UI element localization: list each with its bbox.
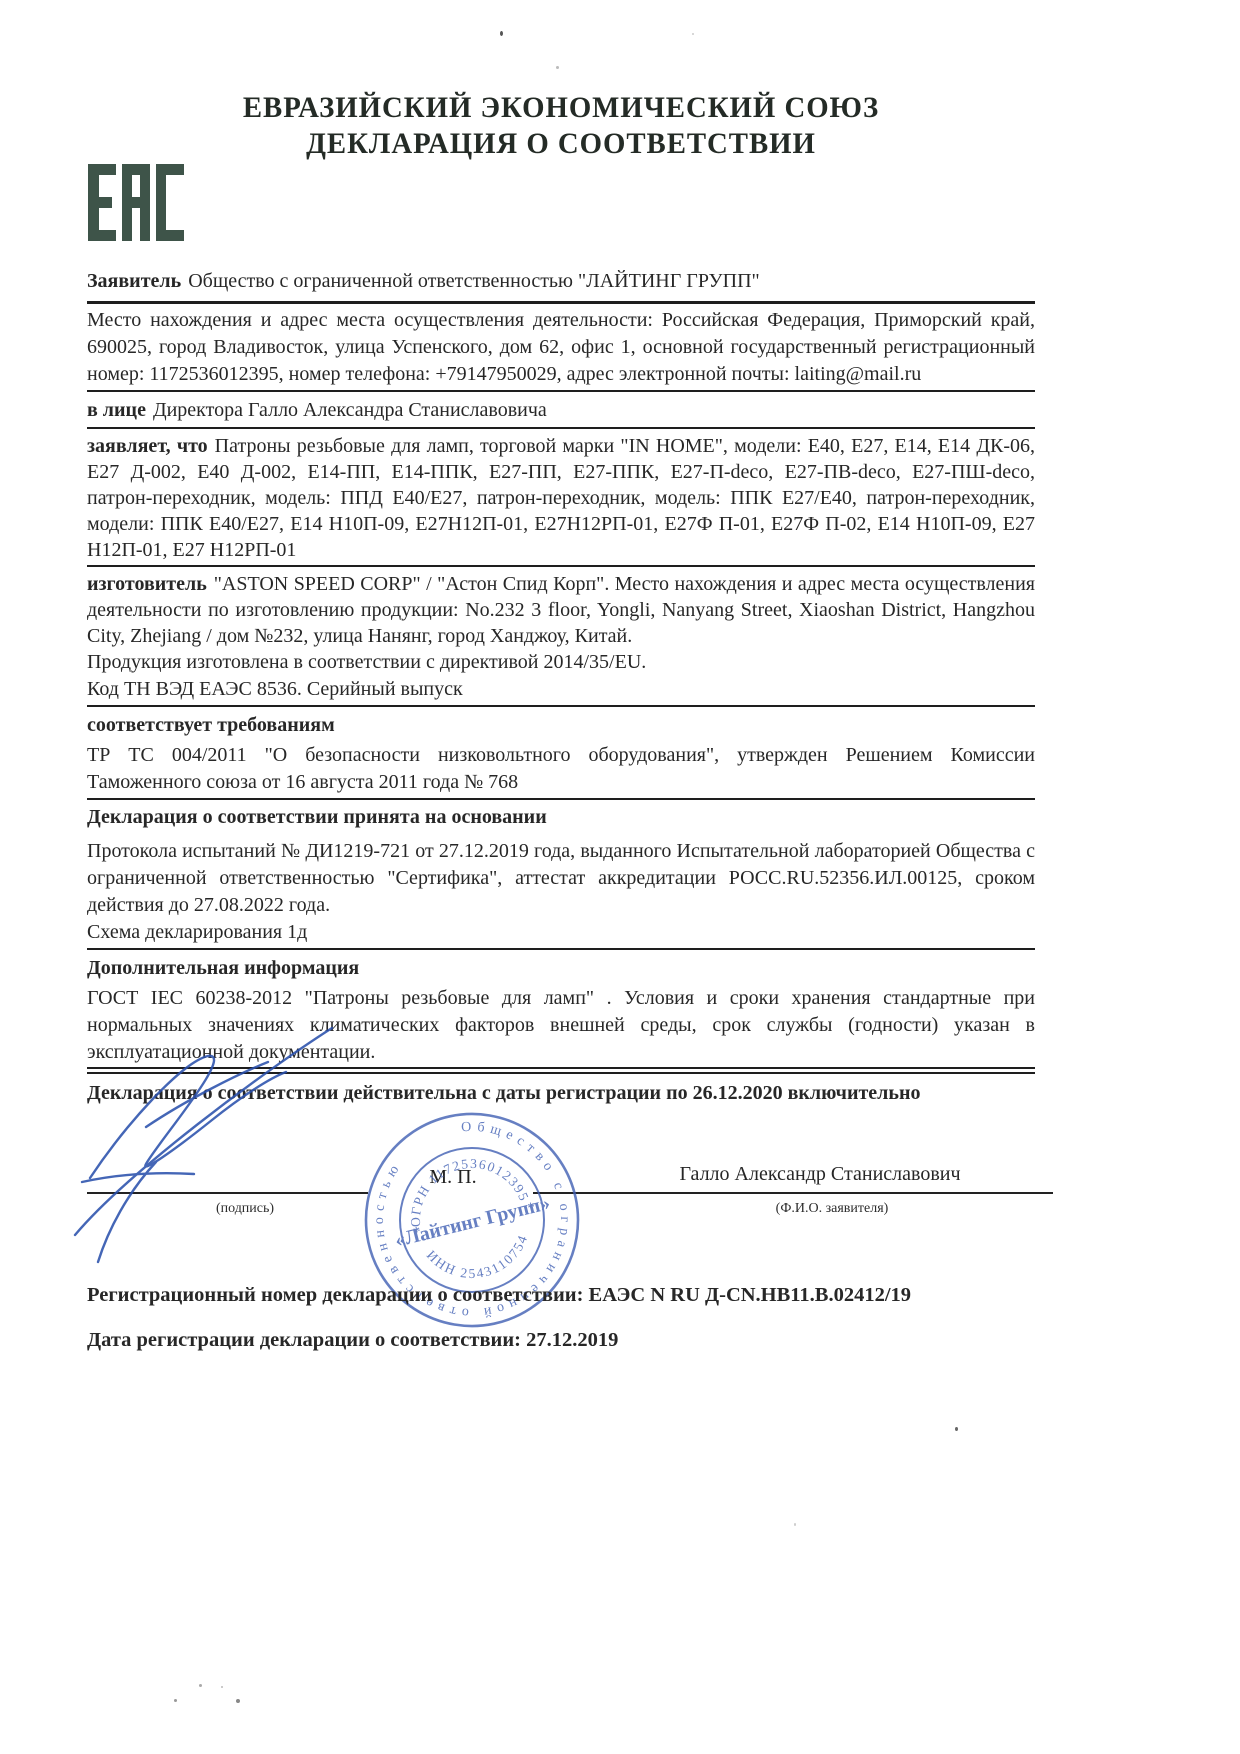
additional-heading: Дополнительная информация: [87, 955, 1035, 982]
section-validity: Декларация о соответствии действительна …: [87, 1074, 1035, 1107]
requirements-heading: соответствует требованиям: [87, 712, 1035, 739]
section-applicant: ЗаявительОбщество с ограниченной ответст…: [87, 268, 1035, 304]
additional-text: ГОСТ IEC 60238-2012 "Патроны резьбовые д…: [87, 985, 1035, 1066]
applicant-label: Заявитель: [87, 270, 181, 292]
stamp-company-name: «Лайтинг Групп»: [393, 1192, 552, 1252]
scan-artifact: [556, 66, 559, 69]
section-requirements: соответствует требованиям ТР ТС 004/2011…: [87, 707, 1035, 800]
scan-artifact: [236, 1699, 240, 1703]
applicant-fio: Галло Александр Станиславович: [610, 1163, 1030, 1186]
scan-artifact: [199, 1684, 202, 1687]
section-address: Место нахождения и адрес места осуществл…: [87, 304, 1035, 392]
registration-block: Регистрационный номер декларации о соотв…: [87, 1281, 1047, 1354]
stamp-star-left: *: [412, 1224, 423, 1241]
person-label: в лице: [87, 399, 146, 421]
manufacturer-text: "ASTON SPEED CORP" / "Астон Спид Корп". …: [87, 573, 1035, 647]
document-title: ЕВРАЗИЙСКИЙ ЭКОНОМИЧЕСКИЙ СОЮЗ ДЕКЛАРАЦИ…: [87, 0, 1035, 162]
basis-text: Протокола испытаний № ДИ1219-721 от 27.1…: [87, 838, 1035, 919]
document-body: ЕВРАЗИЙСКИЙ ЭКОНОМИЧЕСКИЙ СОЮЗ ДЕКЛАРАЦИ…: [87, 0, 1035, 1107]
registration-number-line: Регистрационный номер декларации о соотв…: [87, 1281, 1047, 1309]
applicant-value: Общество с ограниченной ответственностью…: [188, 270, 759, 292]
signature-caption: (подпись): [150, 1201, 340, 1217]
scan-artifact: [955, 1427, 958, 1431]
scan-artifact: [500, 31, 503, 36]
stamp-star-right: *: [526, 1200, 537, 1217]
scan-artifact: [794, 1523, 796, 1526]
stamp-ogrn-text: ОГРН 1172536012395: [396, 1144, 533, 1230]
section-manufacturer: изготовитель"ASTON SPEED CORP" / "Астон …: [87, 567, 1035, 707]
svg-text:ОГРН 1172536012395: ОГРН 1172536012395: [396, 1144, 533, 1230]
declaration-document: ЕВРАЗИЙСКИЙ ЭКОНОМИЧЕСКИЙ СОЮЗ ДЕКЛАРАЦИ…: [0, 0, 1240, 1754]
registration-date-line: Дата регистрации декларации о соответств…: [87, 1326, 1047, 1354]
declaration-label: заявляет, что: [87, 435, 208, 457]
fio-line: [533, 1192, 1053, 1194]
title-line-2: ДЕКЛАРАЦИЯ О СООТВЕТСТВИИ: [106, 126, 1016, 162]
basis-heading: Декларация о соответствии принята на осн…: [87, 804, 1035, 831]
scan-artifact: [174, 1699, 177, 1702]
section-additional-info: Дополнительная информация ГОСТ IEC 60238…: [87, 950, 1035, 1069]
directive-line: Продукция изготовлена в соответствии с д…: [87, 649, 1035, 676]
scheme-line: Схема декларирования 1д: [87, 919, 1035, 946]
section-person: в лицеДиректора Галло Александра Станисл…: [87, 392, 1035, 429]
validity-text: Декларация о соответствии действительна …: [87, 1080, 1035, 1107]
title-line-1: ЕВРАЗИЙСКИЙ ЭКОНОМИЧЕСКИЙ СОЮЗ: [106, 90, 1016, 126]
section-basis: Декларация о соответствии принята на осн…: [87, 800, 1035, 950]
manufacturer-label: изготовитель: [87, 573, 207, 595]
tnved-code-line: Код ТН ВЭД ЕАЭС 8536. Серийный выпуск: [87, 676, 1035, 703]
signature-line: [87, 1192, 368, 1194]
declaration-text: Патроны резьбовые для ламп, торговой мар…: [87, 435, 1035, 561]
seal-place-label: М. П.: [408, 1166, 498, 1189]
scan-artifact: [221, 1686, 223, 1688]
scan-artifact: [692, 33, 694, 35]
fio-caption: (Ф.И.О. заявителя): [712, 1201, 952, 1217]
section-declaration: заявляет, чтоПатроны резьбовые для ламп,…: [87, 429, 1035, 567]
requirements-text: ТР ТС 004/2011 "О безопасности низковоль…: [87, 742, 1035, 796]
person-value: Директора Галло Александра Станиславович…: [153, 399, 547, 421]
address-text: Место нахождения и адрес места осуществл…: [87, 307, 1035, 388]
